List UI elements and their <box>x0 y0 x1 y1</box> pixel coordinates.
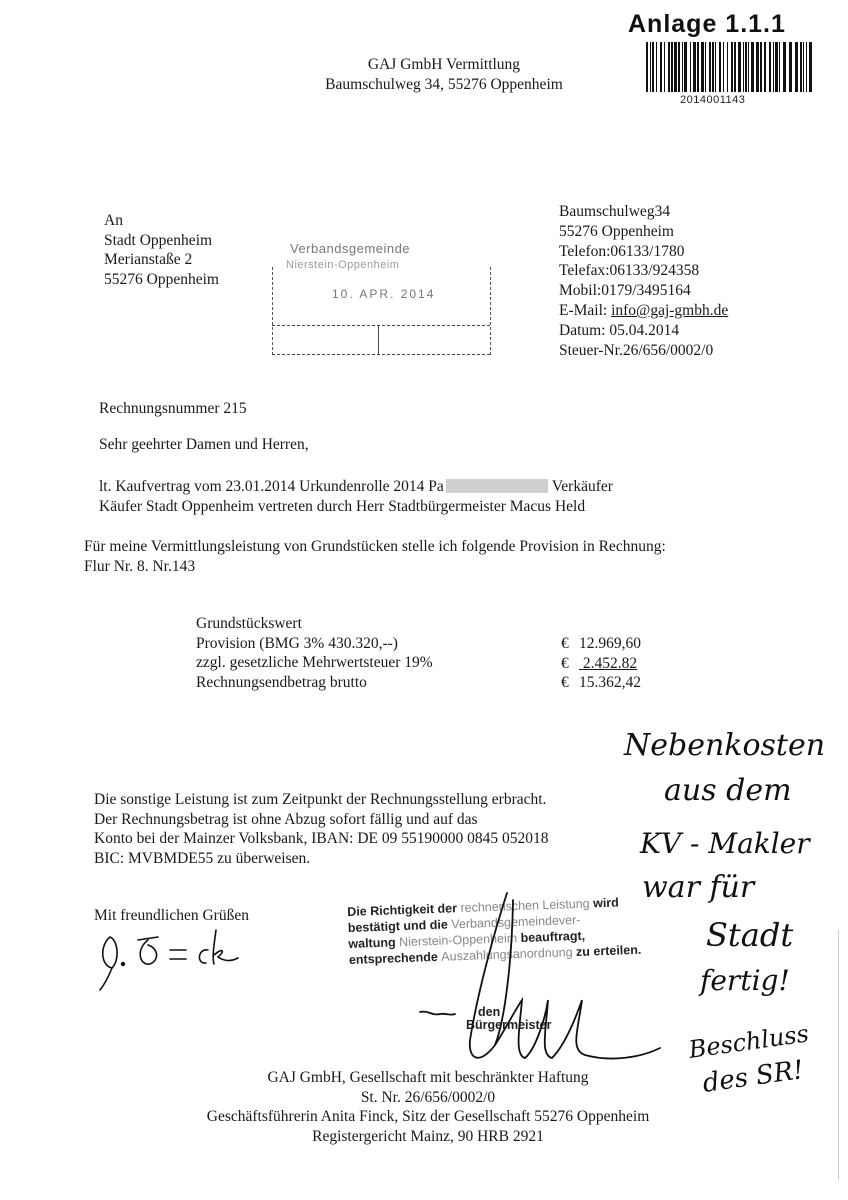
note-line: KV - Makler <box>639 827 811 860</box>
stamp-authority: Verbandsgemeinde <box>290 241 410 256</box>
attachment-label: Anlage 1.1.1 <box>628 10 786 39</box>
stamp-frame <box>490 267 491 355</box>
stamp-frame <box>272 267 273 355</box>
item-label: Grundstückswert <box>196 614 433 634</box>
sender-contact: Baumschulweg34 55276 Oppenheim Telefon:0… <box>559 202 728 360</box>
handwritten-annotation: Nebenkosten aus dem KV - Makler war für … <box>623 728 825 1099</box>
service-line: Flur Nr. 8. Nr.143 <box>84 557 666 577</box>
footer-line: Registergericht Mainz, 90 HRB 2921 <box>8 1127 848 1147</box>
contract-line: lt. Kaufvertrag vom 23.01.2014 Urkundenr… <box>99 477 613 497</box>
amount-value: 15.362,42 <box>579 674 641 691</box>
item-amount: € 2.452.82 <box>561 654 641 674</box>
verify-title: Bürgermeister <box>466 1018 551 1032</box>
letterhead: GAJ GmbH Vermittlung Baumschulweg 34, 55… <box>0 55 848 94</box>
company-footer: GAJ GmbH, Gesellschaft mit beschränkter … <box>0 1068 848 1146</box>
amount-value: 2.452.82 <box>583 655 637 672</box>
note-line: Beschluss <box>686 1019 811 1064</box>
invoice-amounts: €12.969,60 € 2.452.82 €15.362,42 <box>561 634 641 693</box>
amount-value: 12.969,60 <box>579 635 641 652</box>
footer-line: GAJ GmbH, Gesellschaft mit beschränkter … <box>8 1068 848 1088</box>
email-link[interactable]: info@gaj-gmbh.de <box>611 302 728 319</box>
terms-line: Konto bei der Mainzer Volksbank, IBAN: D… <box>94 829 548 849</box>
item-label: Rechnungsendbetrag brutto <box>196 673 433 693</box>
stamp-date: 10. APR. 2014 <box>332 287 435 301</box>
barcode-number: 2014001143 <box>680 94 745 106</box>
sender-fax: Telefax:06133/924358 <box>559 261 728 281</box>
recipient-address: An Stadt Oppenheim Merianstaße 2 55276 O… <box>104 211 219 289</box>
recipient-line: Merianstaße 2 <box>104 250 219 270</box>
note-line: Nebenkosten <box>623 728 825 763</box>
contract-text: lt. Kaufvertrag vom 23.01.2014 Urkundenr… <box>99 478 444 495</box>
stamp-frame <box>378 325 379 354</box>
contract-reference: lt. Kaufvertrag vom 23.01.2014 Urkundenr… <box>99 477 613 516</box>
stamp-authority-sub: Nierstein-Oppenheim <box>286 259 399 271</box>
terms-line: BIC: MVBMDE55 zu überweisen. <box>94 849 548 869</box>
stamp-frame <box>272 354 490 355</box>
invoice-items: Grundstückswert Provision (BMG 3% 430.32… <box>196 614 433 692</box>
payment-terms: Die sonstige Leistung ist zum Zeitpunkt … <box>94 790 548 868</box>
item-label: zzgl. gesetzliche Mehrwertsteuer 19% <box>196 653 433 673</box>
currency-symbol: € <box>561 654 579 674</box>
sender-email-row: E-Mail: info@gaj-gmbh.de <box>559 301 728 321</box>
sender-city: 55276 Oppenheim <box>559 222 728 242</box>
invoice-number: Rechnungsnummer 215 <box>99 399 247 419</box>
footer-line: St. Nr. 26/656/0002/0 <box>8 1088 848 1108</box>
item-label: Provision (BMG 3% 430.320,--) <box>196 634 433 654</box>
recipient-line: 55276 Oppenheim <box>104 270 219 290</box>
company-name: GAJ GmbH Vermittlung <box>40 55 848 75</box>
service-line: Für meine Vermittlungsleistung von Grund… <box>84 537 666 557</box>
terms-line: Der Rechnungsbetrag ist ohne Abzug sofor… <box>94 810 548 830</box>
received-stamp: Verbandsgemeinde Nierstein-Oppenheim 10.… <box>270 237 492 358</box>
note-line: aus dem <box>664 773 792 808</box>
tax-number: Steuer-Nr.26/656/0002/0 <box>559 341 728 361</box>
contract-line: Käufer Stadt Oppenheim vertreten durch H… <box>99 497 613 517</box>
sender-street: Baumschulweg34 <box>559 202 728 222</box>
handwriting-overlay: Nebenkosten aus dem KV - Makler war für … <box>0 0 848 1200</box>
note-line: fertig! <box>698 964 790 997</box>
company-address: Baumschulweg 34, 55276 Oppenheim <box>40 75 848 95</box>
note-line: Stadt <box>706 916 793 954</box>
closing-greeting: Mit freundlichen Grüßen <box>94 906 249 926</box>
invoice-date: Datum: 05.04.2014 <box>559 321 728 341</box>
service-description: Für meine Vermittlungsleistung von Grund… <box>84 537 666 576</box>
redaction-box <box>446 479 548 493</box>
email-label: E-Mail: <box>559 302 611 319</box>
currency-symbol: € <box>561 673 579 693</box>
recipient-line: An <box>104 211 219 231</box>
sender-mobile: Mobil:0179/3495164 <box>559 281 728 301</box>
recipient-line: Stadt Oppenheim <box>104 231 219 251</box>
footer-line: Geschäftsführerin Anita Finck, Sitz der … <box>8 1107 848 1127</box>
stamp-frame <box>272 325 490 326</box>
note-line: war für <box>642 870 756 905</box>
currency-symbol: € <box>561 634 579 654</box>
scan-edge <box>838 930 839 1180</box>
contract-text: Verkäufer <box>552 478 613 495</box>
salutation: Sehr geehrter Damen und Herren, <box>99 435 309 455</box>
item-amount: €15.362,42 <box>561 673 641 693</box>
sender-phone: Telefon:06133/1780 <box>559 242 728 262</box>
terms-line: Die sonstige Leistung ist zum Zeitpunkt … <box>94 790 548 810</box>
sender-signature <box>100 930 238 990</box>
item-amount: €12.969,60 <box>561 634 641 654</box>
verify-den: den <box>478 1005 500 1019</box>
verification-stamp: Die Richtigkeit der rechnerischen Leistu… <box>347 894 642 968</box>
